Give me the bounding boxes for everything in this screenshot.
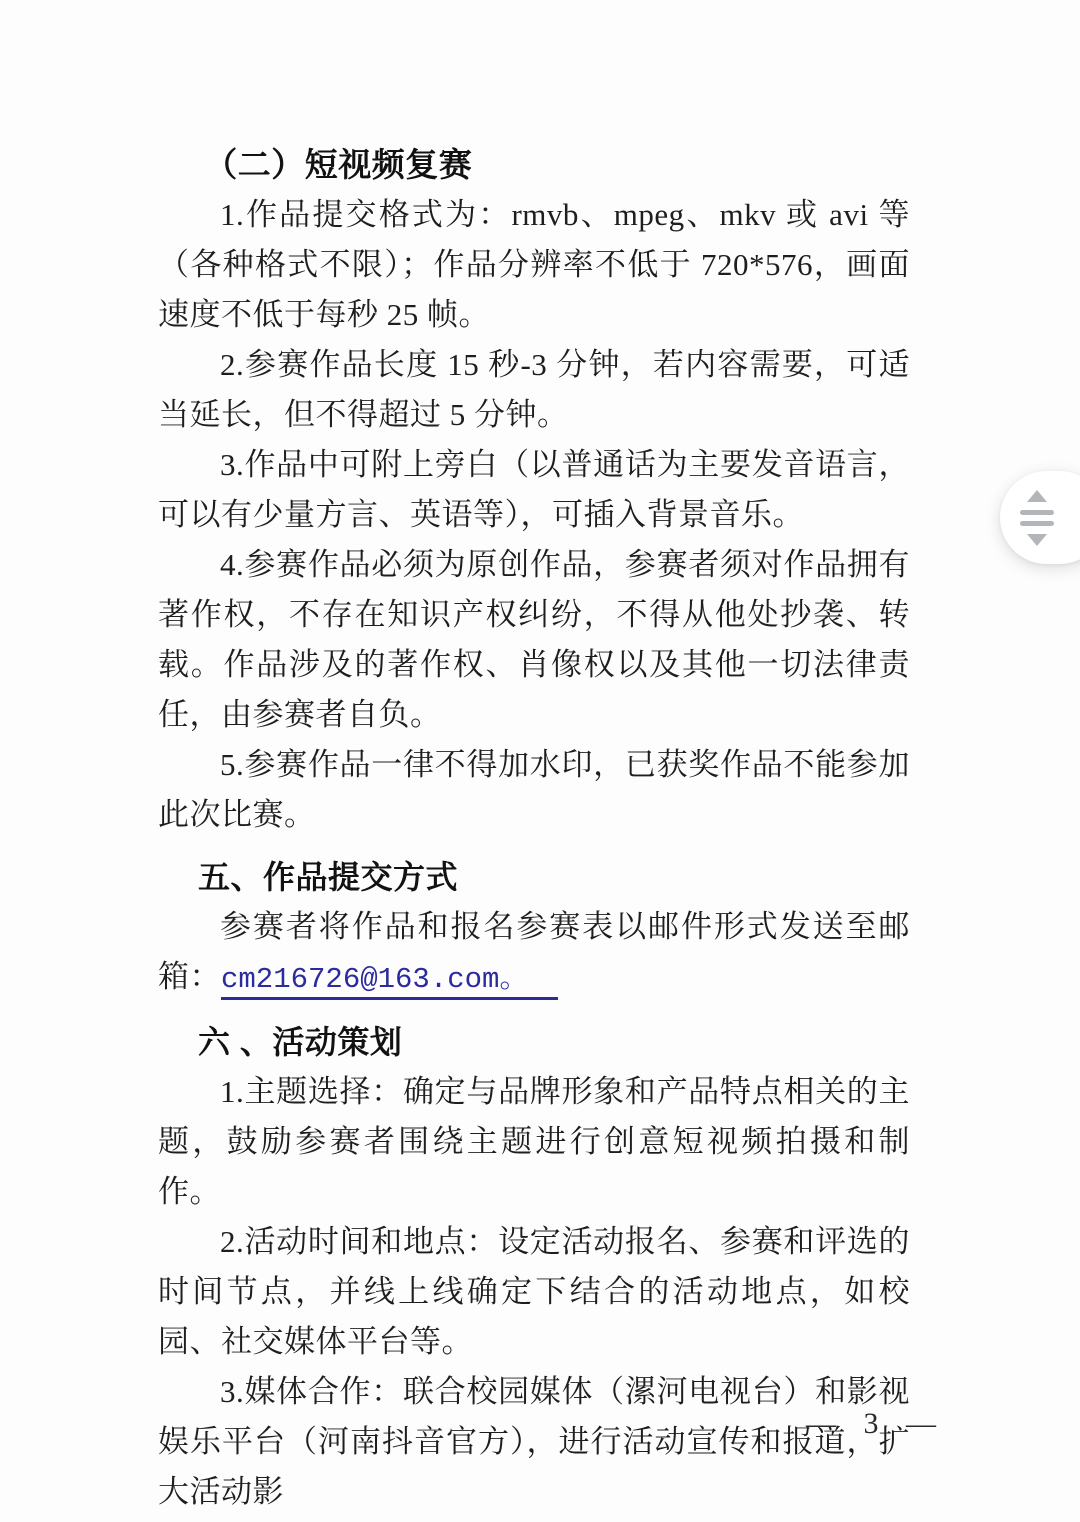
page-number: — 3 — bbox=[806, 1407, 938, 1441]
submission-paragraph: 参赛者将作品和报名参赛表以邮件形式发送至邮箱：cm216726@163.com。 bbox=[158, 902, 910, 1005]
document-page: （二）短视频复赛 1.作品提交格式为：rmvb、mpeg、mkv 或 avi 等… bbox=[0, 0, 1080, 1522]
scroll-down-icon bbox=[1027, 534, 1047, 546]
rule-paragraph-narration: 3.作品中可附上旁白（以普通话为主要发音语言，可以有少量方言、英语等），可插入背… bbox=[158, 440, 910, 540]
scroll-drag-handle[interactable] bbox=[1000, 471, 1080, 564]
section-heading-event-planning: 六 、活动策划 bbox=[158, 1017, 910, 1067]
drag-line-icon bbox=[1020, 521, 1054, 526]
rule-paragraph-watermark: 5.参赛作品一律不得加水印，已获奖作品不能参加此次比赛。 bbox=[158, 740, 910, 840]
planning-paragraph-theme: 1.主题选择：确定与品牌形象和产品特点相关的主题，鼓励参赛者围绕主题进行创意短视… bbox=[158, 1067, 910, 1217]
document-body: （二）短视频复赛 1.作品提交格式为：rmvb、mpeg、mkv 或 avi 等… bbox=[158, 140, 910, 1517]
planning-paragraph-media: 3.媒体合作：联合校园媒体（漯河电视台）和影视娱乐平台（河南抖音官方），进行活动… bbox=[158, 1367, 910, 1517]
section-heading-submission-method: 五、作品提交方式 bbox=[158, 852, 910, 902]
rule-paragraph-originality: 4.参赛作品必须为原创作品，参赛者须对作品拥有著作权，不存在知识产权纠纷，不得从… bbox=[158, 540, 910, 740]
rule-paragraph-format: 1.作品提交格式为：rmvb、mpeg、mkv 或 avi 等（各种格式不限）；… bbox=[158, 190, 910, 340]
rule-paragraph-duration: 2.参赛作品长度 15 秒-3 分钟，若内容需要，可适当延长，但不得超过 5 分… bbox=[158, 340, 910, 440]
submission-email-link[interactable]: cm216726@163.com。 bbox=[221, 963, 558, 1000]
scroll-handle-icons bbox=[1020, 490, 1054, 546]
drag-line-icon bbox=[1020, 510, 1054, 515]
section-heading-short-video-semifinal: （二）短视频复赛 bbox=[158, 140, 910, 190]
scroll-up-icon bbox=[1027, 490, 1047, 502]
planning-paragraph-time-place: 2.活动时间和地点：设定活动报名、参赛和评选的时间节点，并线上线确定下结合的活动… bbox=[158, 1217, 910, 1367]
